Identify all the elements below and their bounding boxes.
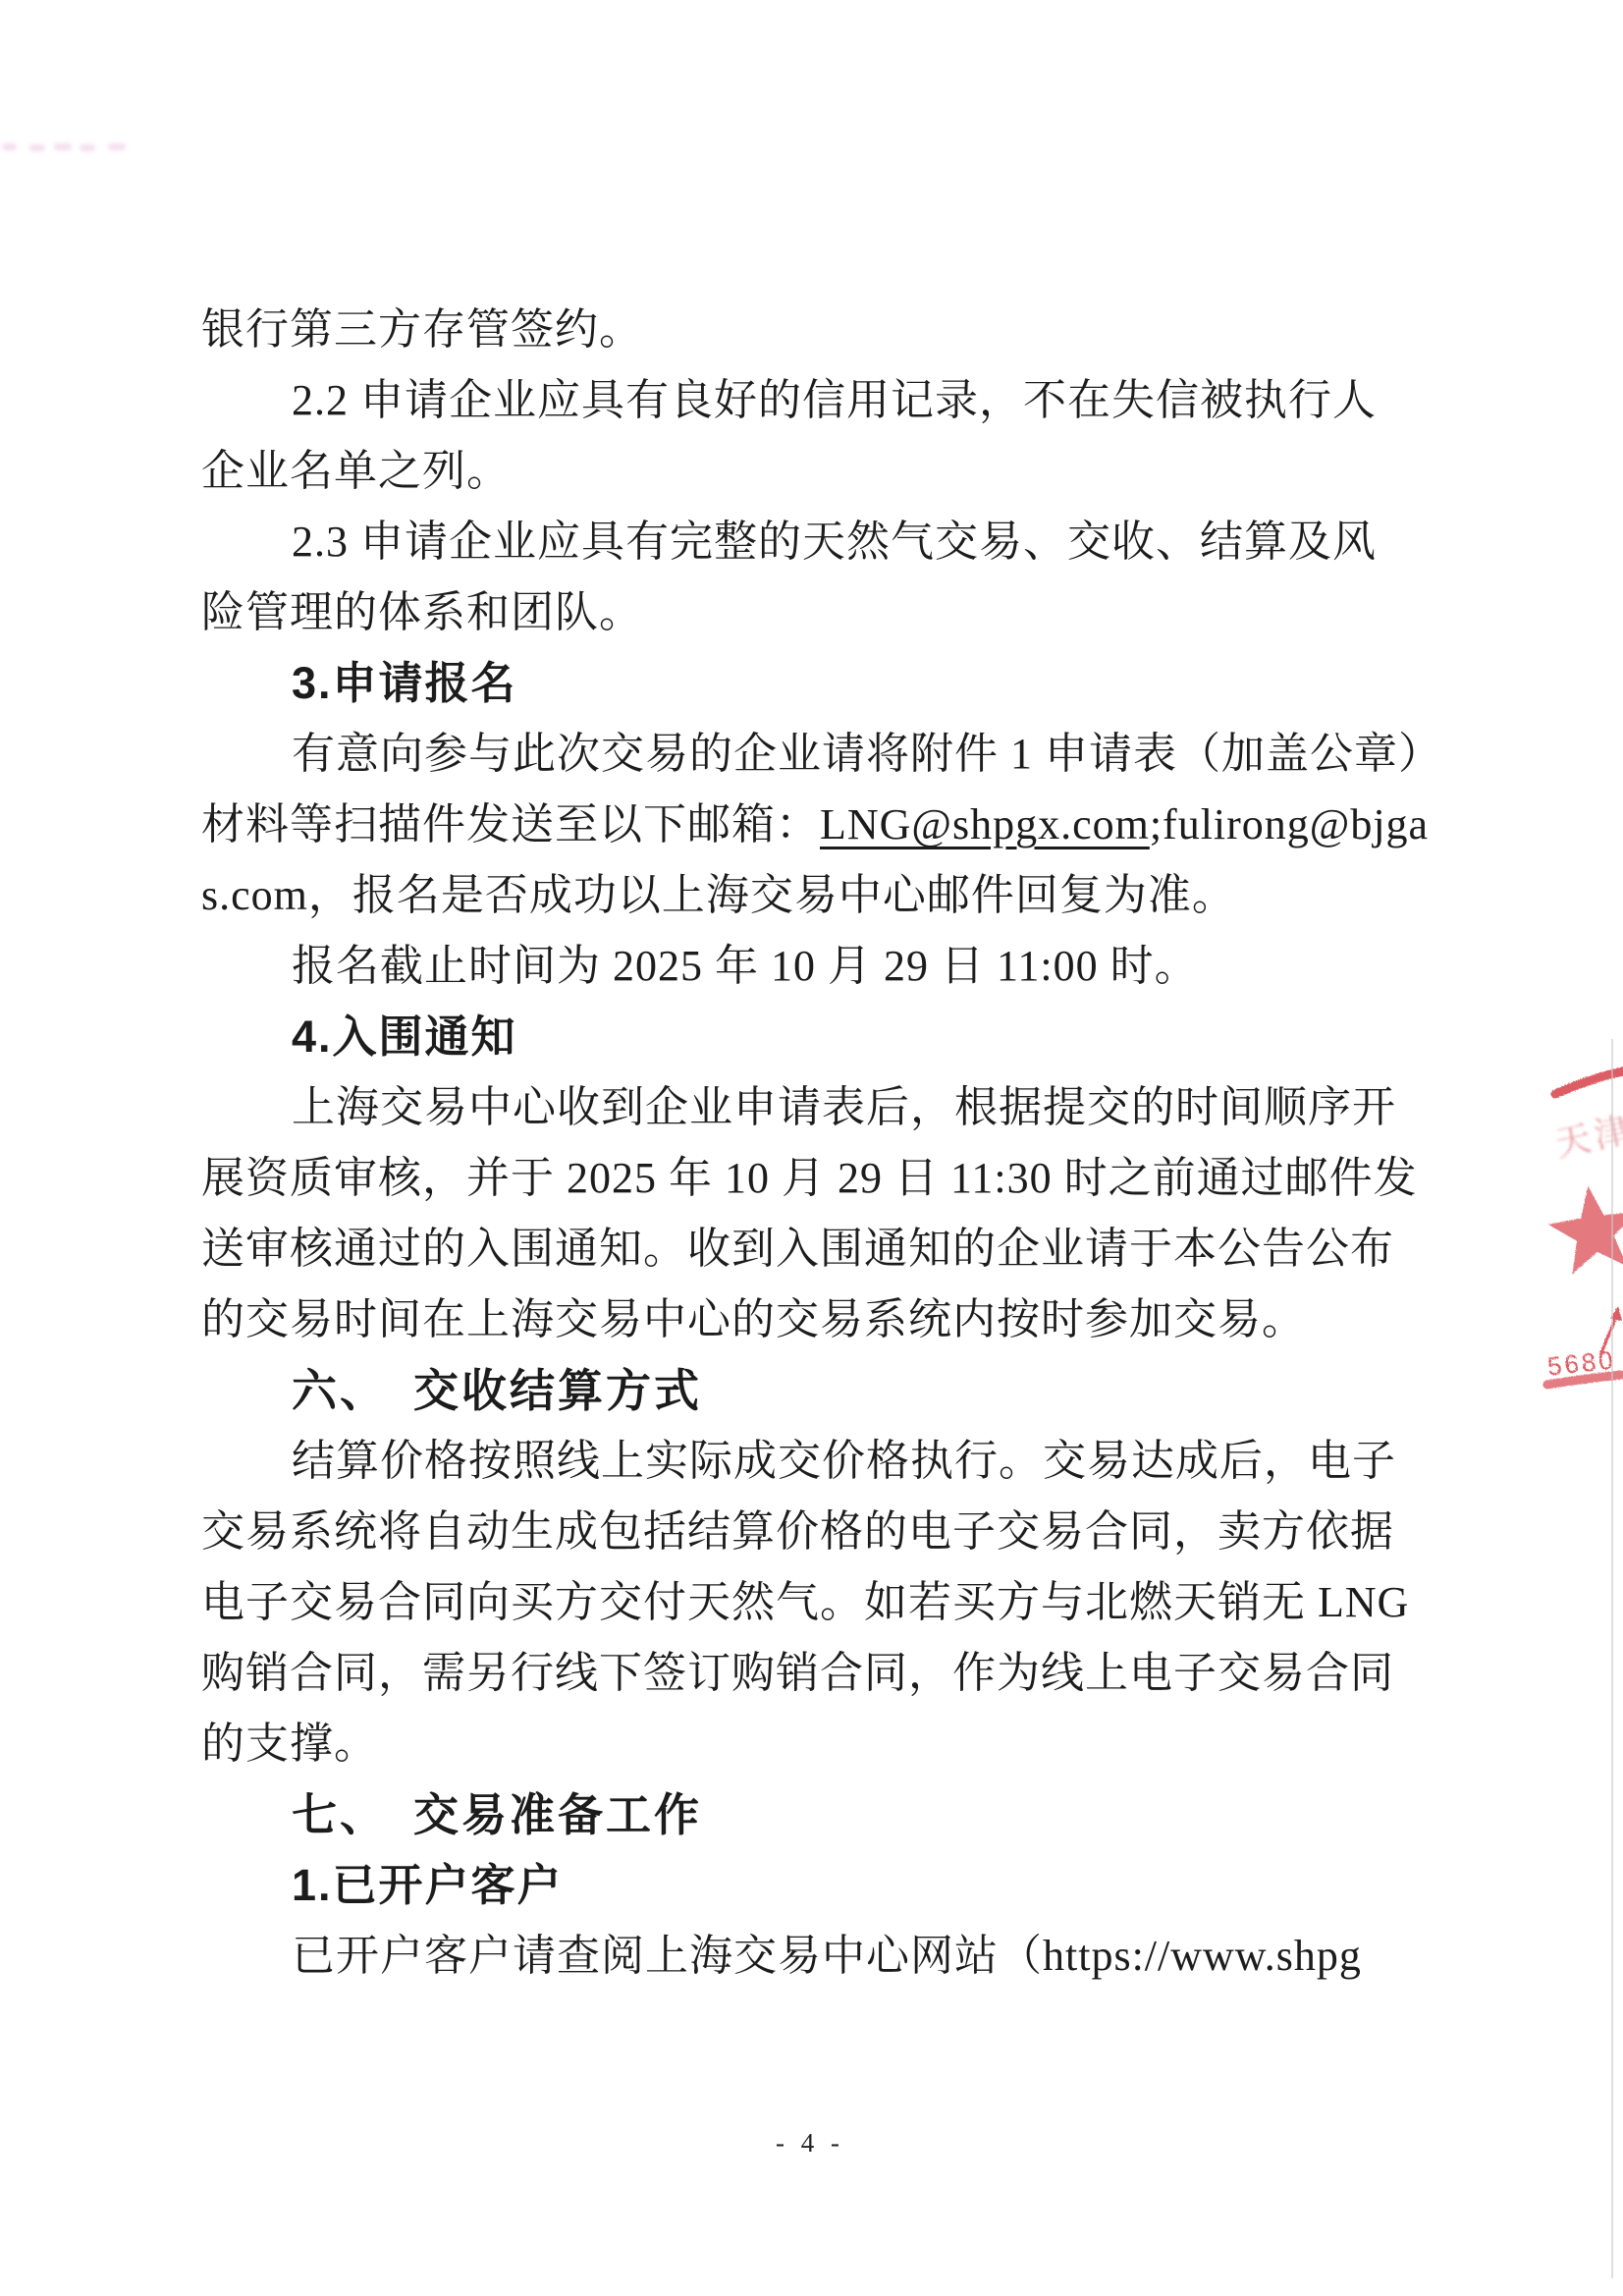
email-link: LNG@shpgx.com xyxy=(820,800,1150,848)
email-line-suffix: ;fulirong@bjga xyxy=(1150,800,1429,848)
scan-artifact-smudge xyxy=(108,143,126,150)
text-line: 有意向参与此次交易的企业请将附件 1 申请表（加盖公章） xyxy=(201,719,1419,790)
text-line: 上海交易中心收到企业申请表后，根据提交的时间顺序开 xyxy=(201,1072,1419,1143)
section-heading: 4.入围通知 xyxy=(201,1002,1419,1072)
text-line: 2.3 申请企业应具有完整的天然气交易、交收、结算及风 xyxy=(201,507,1419,577)
section-heading: 1.已开户客户 xyxy=(201,1850,1419,1921)
text-line: 的交易时间在上海交易中心的交易系统内按时参加交易。 xyxy=(201,1285,1419,1355)
text-line: 交易系统将自动生成包括结算价格的电子交易合同，卖方依据 xyxy=(201,1497,1419,1567)
page-content: 银行第三方存管签约。 2.2 申请企业应具有良好的信用记录，不在失信被执行人 企… xyxy=(201,295,1419,1992)
text-line: 结算价格按照线上实际成交价格执行。交易达成后，电子 xyxy=(201,1426,1419,1497)
text-line: 报名截止时间为 2025 年 10 月 29 日 11:00 时。 xyxy=(201,931,1419,1002)
text-line: 送审核通过的入围通知。收到入围通知的企业请于本公告公布 xyxy=(201,1214,1419,1285)
text-line: 银行第三方存管签约。 xyxy=(201,295,1419,365)
text-line: 展资质审核，并于 2025 年 10 月 29 日 11:30 时之前通过邮件发 xyxy=(201,1143,1419,1214)
text-line: 材料等扫描件发送至以下邮箱：LNG@shpgx.com;fulirong@bjg… xyxy=(201,790,1419,860)
scan-artifact-smudge xyxy=(80,144,95,151)
scan-artifact-smudge xyxy=(54,143,72,150)
text-line: 企业名单之列。 xyxy=(201,436,1419,507)
page-number: - 4 - xyxy=(201,2127,1419,2159)
section-heading: 六、 交收结算方式 xyxy=(201,1355,1419,1426)
email-line-prefix: 材料等扫描件发送至以下邮箱： xyxy=(201,800,820,848)
scan-artifact-smudge xyxy=(2,143,17,150)
red-stamp: 天津 5680 xyxy=(1512,1051,1623,1404)
document-page: 银行第三方存管签约。 2.2 申请企业应具有良好的信用记录，不在失信被执行人 企… xyxy=(0,0,1623,2296)
text-line: 购销合同，需另行线下签订购销合同，作为线上电子交易合同 xyxy=(201,1638,1419,1709)
section-heading: 3.申请报名 xyxy=(201,648,1419,719)
text-line: s.com，报名是否成功以上海交易中心邮件回复为准。 xyxy=(201,860,1419,931)
text-line: 电子交易合同向买方交付天然气。如若买方与北燃天销无 LNG xyxy=(201,1567,1419,1638)
page-edge-line xyxy=(1611,1039,1613,2278)
section-heading: 七、 交易准备工作 xyxy=(201,1779,1419,1850)
text-line: 已开户客户请查阅上海交易中心网站（https://www.shpg xyxy=(201,1921,1419,1992)
text-line: 的支撑。 xyxy=(201,1709,1419,1779)
text-line: 2.2 申请企业应具有良好的信用记录，不在失信被执行人 xyxy=(201,365,1419,436)
scan-artifact-smudge xyxy=(29,144,45,151)
text-line: 险管理的体系和团队。 xyxy=(201,577,1419,648)
